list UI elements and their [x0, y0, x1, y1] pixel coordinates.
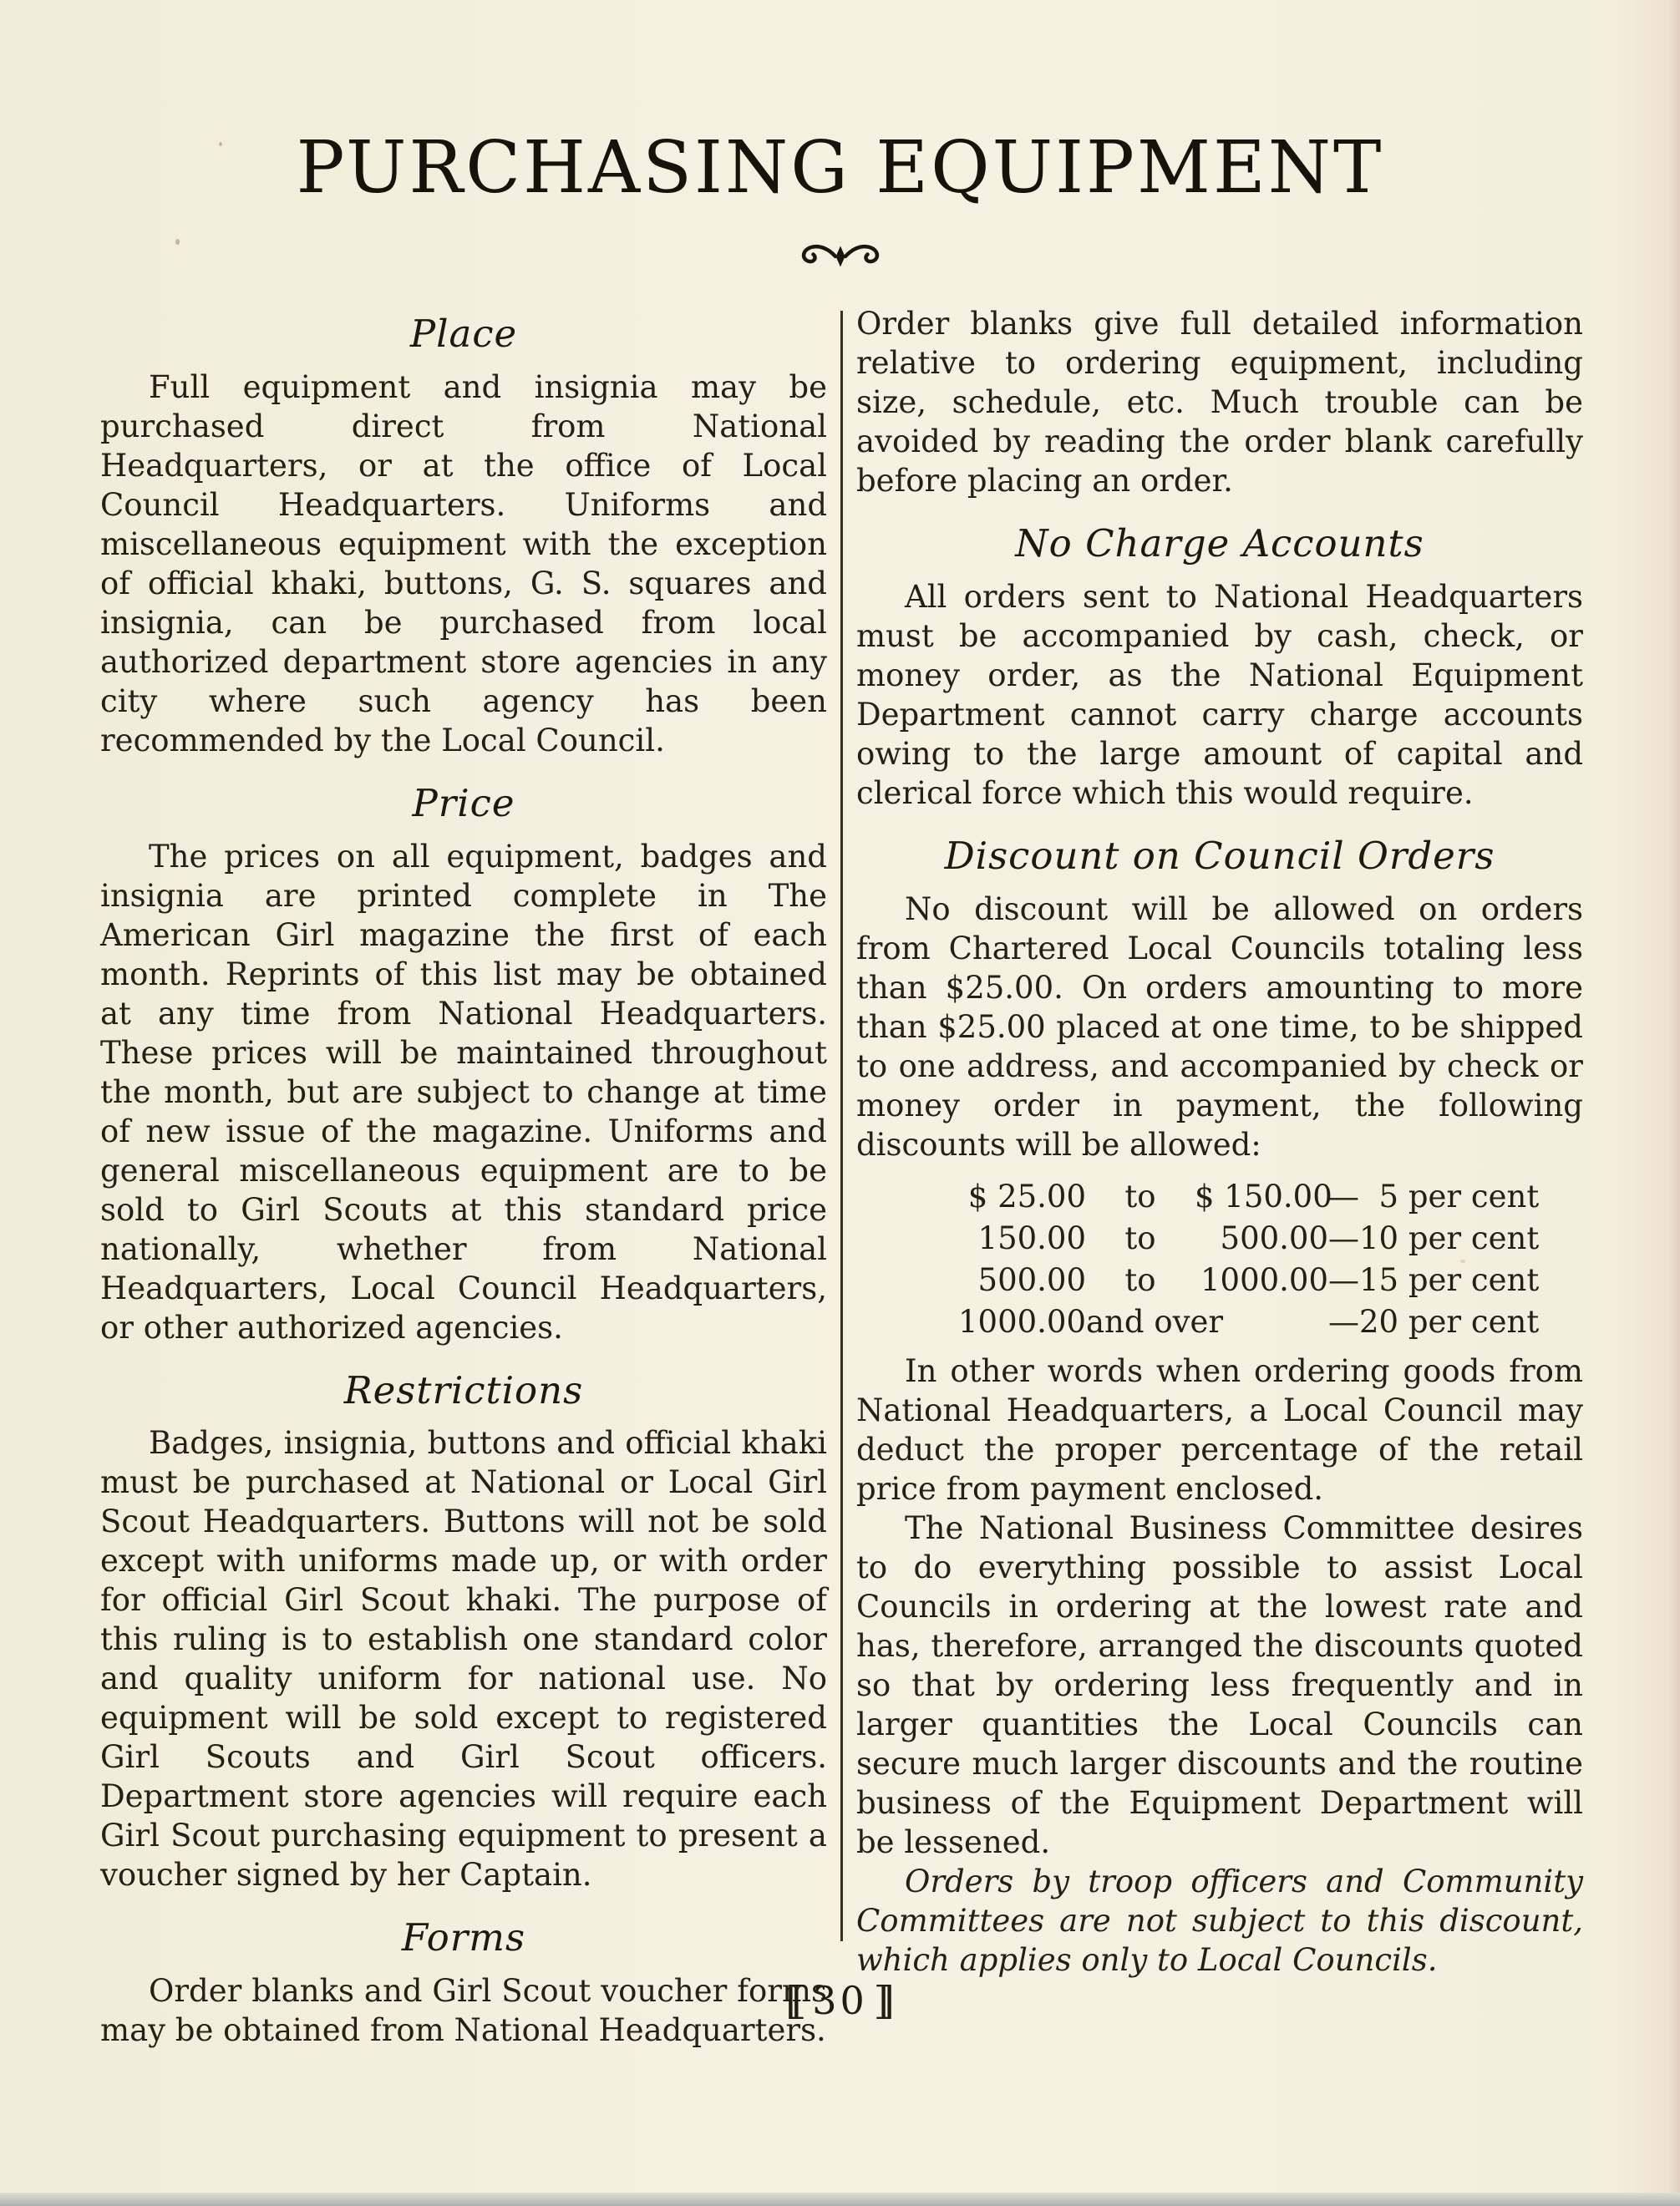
- paper-speck: [219, 142, 222, 146]
- discount-from: 1000.00: [944, 1301, 1086, 1343]
- paragraph-restrictions: Badges, insignia, buttons and official k…: [100, 1423, 827, 1894]
- section-heading-discount-on-council-orders: Discount on Council Orders: [856, 834, 1583, 878]
- discount-to-word: to: [1086, 1176, 1195, 1218]
- discount-to: 500.00: [1195, 1218, 1328, 1260]
- discount-table-row: $ 25.00 to $ 150.00 — 5 per cent: [944, 1176, 1495, 1218]
- discount-table: $ 25.00 to $ 150.00 — 5 per cent 150.00 …: [944, 1176, 1495, 1343]
- left-column: Place Full equipment and insignia may be…: [100, 304, 827, 2050]
- discount-to: [1195, 1301, 1328, 1343]
- discount-to-word: and over: [1086, 1301, 1195, 1343]
- discount-to: 1000.00: [1195, 1260, 1328, 1301]
- folio-left-bracket: [: [785, 1978, 812, 2023]
- section-heading-no-charge-accounts: No Charge Accounts: [856, 522, 1583, 565]
- section-heading-place: Place: [100, 312, 827, 356]
- discount-percent: — 5 per cent: [1328, 1176, 1495, 1218]
- paragraph-in-other-words: In other words when ordering goods from …: [856, 1351, 1583, 1509]
- section-heading-forms: Forms: [100, 1916, 827, 1960]
- paragraph-troop-officers-note: Orders by troop officers and Community C…: [856, 1862, 1583, 1980]
- paragraph-order-blanks-intro: Order blanks give full detailed informat…: [856, 304, 1583, 500]
- column-divider-rule: [840, 311, 843, 1941]
- discount-percent: —10 per cent: [1328, 1218, 1495, 1260]
- discount-percent: —15 per cent: [1328, 1260, 1495, 1301]
- paragraph-place: Full equipment and insignia may be purch…: [100, 368, 827, 760]
- swash-ornament-icon: [0, 241, 1680, 274]
- discount-percent: —20 per cent: [1328, 1301, 1495, 1343]
- discount-from: 500.00: [944, 1260, 1086, 1301]
- section-heading-restrictions: Restrictions: [100, 1369, 827, 1412]
- discount-table-row: 1000.00 and over —20 per cent: [944, 1301, 1495, 1343]
- paragraph-discount-intro: No discount will be allowed on orders fr…: [856, 890, 1583, 1164]
- discount-to-word: to: [1086, 1218, 1195, 1260]
- paper-speck: [1460, 1260, 1465, 1263]
- discount-table-row: 150.00 to 500.00 —10 per cent: [944, 1218, 1495, 1260]
- scan-edge-bottom: [0, 2193, 1680, 2206]
- folio-number: 30: [812, 1978, 868, 2023]
- folio-right-bracket: ]: [868, 1978, 895, 2023]
- paragraph-price: The prices on all equipment, badges and …: [100, 837, 827, 1347]
- page-edge-shadow: [1668, 0, 1680, 2206]
- scanned-book-page: PURCHASING EQUIPMENT Place Full equipmen…: [0, 0, 1680, 2206]
- right-column: Order blanks give full detailed informat…: [856, 304, 1583, 2050]
- page-header: PURCHASING EQUIPMENT: [0, 0, 1680, 274]
- section-heading-price: Price: [100, 782, 827, 825]
- page-title: PURCHASING EQUIPMENT: [0, 132, 1680, 204]
- discount-table-row: 500.00 to 1000.00 —15 per cent: [944, 1260, 1495, 1301]
- discount-from: 150.00: [944, 1218, 1086, 1260]
- paragraph-no-charge-accounts: All orders sent to National Headquarters…: [856, 577, 1583, 813]
- two-column-text: Place Full equipment and insignia may be…: [0, 304, 1680, 2050]
- discount-to: $ 150.00: [1195, 1176, 1328, 1218]
- discount-to-word: to: [1086, 1260, 1195, 1301]
- paragraph-national-business-committee: The National Business Committee desires …: [856, 1509, 1583, 1862]
- page-number: [30]: [0, 1978, 1680, 2023]
- paper-speck: [175, 239, 180, 245]
- discount-from: $ 25.00: [944, 1176, 1086, 1218]
